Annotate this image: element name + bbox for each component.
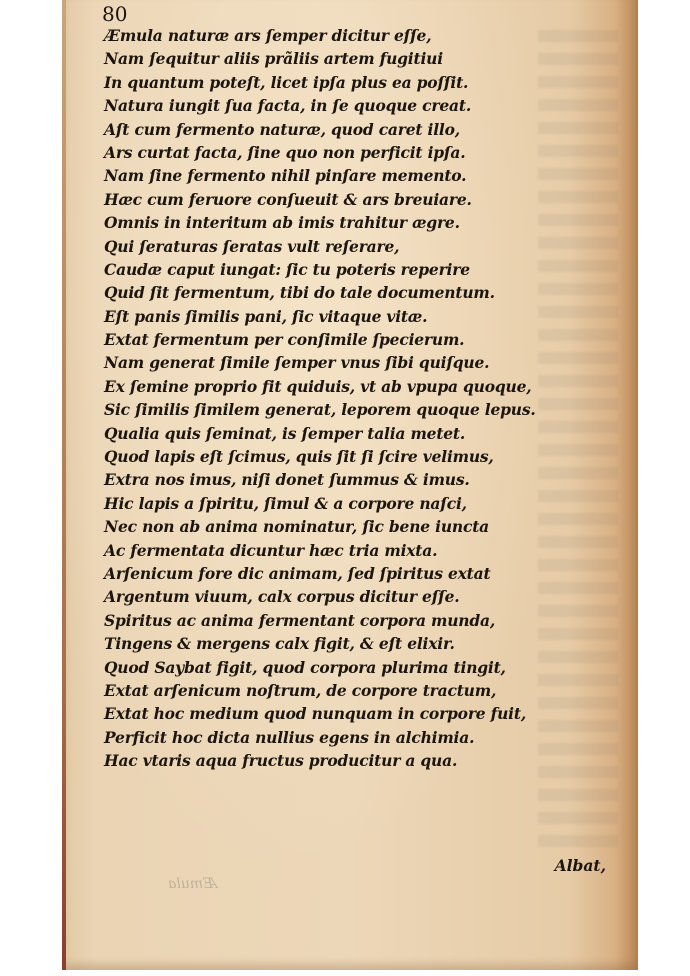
verse-line: Natura iungit ſua facta, in ſe quoque cr… bbox=[104, 94, 564, 117]
verse-line: Qualia quis ſeminat, is ſemper talia met… bbox=[104, 422, 564, 445]
verse-line: Nam ſequitur aliis prãliis artem fugitiu… bbox=[104, 47, 564, 70]
verse-line: Quid ſit fermentum, tibi do tale documen… bbox=[104, 281, 564, 304]
verse-line: Æmula naturæ ars ſemper dicitur eſſe, bbox=[104, 24, 564, 47]
verse-line: Argentum viuum, calx corpus dicitur eſſe… bbox=[104, 585, 564, 608]
verse-line: Nec non ab anima nominatur, ſic bene iun… bbox=[104, 515, 564, 538]
verse-line: Sic ſimilis ſimilem generat, leporem quo… bbox=[104, 398, 564, 421]
catchword: Albat, bbox=[555, 856, 606, 875]
verse-line: Extra nos imus, niſi donet ſummus & imus… bbox=[104, 468, 564, 491]
verse-line: In quantum poteſt, licet ipſa plus ea po… bbox=[104, 71, 564, 94]
show-through-word: Æmula bbox=[168, 876, 217, 892]
verse-line: Hac vtaris aqua fructus producitur a qua… bbox=[104, 749, 564, 772]
verse-line: Quod Saybat figit, quod corpora plurima … bbox=[104, 656, 564, 679]
page-number: 80 bbox=[102, 2, 127, 26]
verse-line: Nam ſine fermento nihil pinſare memento. bbox=[104, 164, 564, 187]
verse-line: Aſt cum fermento naturæ, quod caret illo… bbox=[104, 118, 564, 141]
verse-line: Qui ſeraturas ſeratas vult reſerare, bbox=[104, 235, 564, 258]
verse-line: Arſenicum fore dic animam, ſed ſpiritus … bbox=[104, 562, 564, 585]
verse-line: Ex ſemine proprio fit quiduis, vt ab vpu… bbox=[104, 375, 564, 398]
verse-line: Quod lapis eſt ſcimus, quis ſit ſi ſcire… bbox=[104, 445, 564, 468]
verse-line: Caudæ caput iungat: ſic tu poteris reper… bbox=[104, 258, 564, 281]
verse-line: Tingens & mergens calx figit, & eſt elix… bbox=[104, 632, 564, 655]
verse-line: Omnis in interitum ab imis trahitur ægre… bbox=[104, 211, 564, 234]
verse-line: Spiritus ac anima fermentant corpora mun… bbox=[104, 609, 564, 632]
verse-line: Perficit hoc dicta nullius egens in alch… bbox=[104, 726, 564, 749]
verse-line: Extat arſenicum noſtrum, de corpore trac… bbox=[104, 679, 564, 702]
verse-line: Hic lapis a ſpiritu, ſimul & a corpore n… bbox=[104, 492, 564, 515]
verse-line: Nam generat ſimile ſemper vnus ſibi quiſ… bbox=[104, 351, 564, 374]
verse-line: Extat hoc medium quod nunquam in corpore… bbox=[104, 702, 564, 725]
verse-line: Eſt panis ſimilis pani, ſic vitaque vitæ… bbox=[104, 305, 564, 328]
verse-line: Ac fermentata dicuntur hæc tria mixta. bbox=[104, 539, 564, 562]
verse-line: Extat fermentum per conſimile ſpecierum. bbox=[104, 328, 564, 351]
verse-text: Æmula naturæ ars ſemper dicitur eſſe, Na… bbox=[104, 24, 564, 773]
verse-line: Ars curtat facta, ſine quo non perficit … bbox=[104, 141, 564, 164]
verse-line: Hæc cum feruore conſueuit & ars breuiare… bbox=[104, 188, 564, 211]
